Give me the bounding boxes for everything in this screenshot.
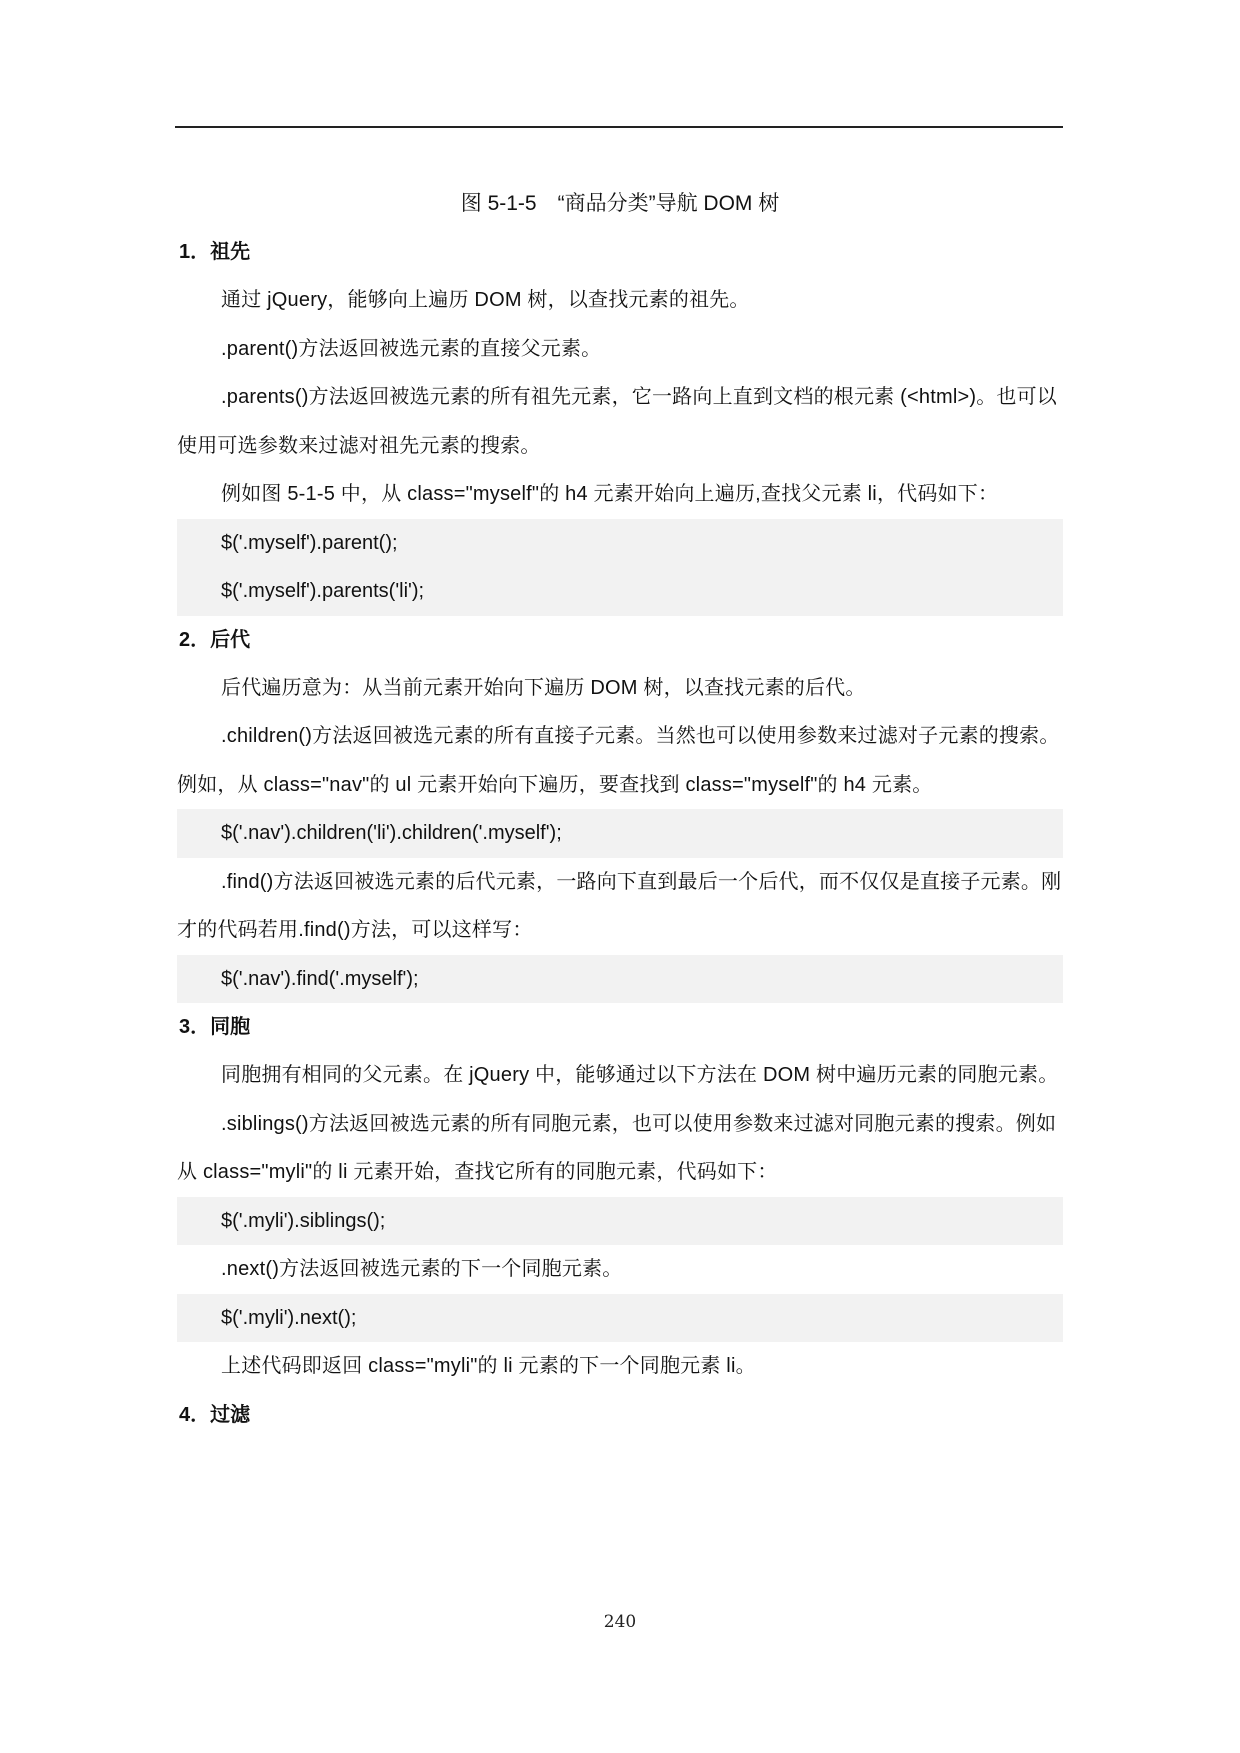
page-content: 图 5-1-5 “商品分类”导航 DOM 树 1．祖先 通过 jQuery，能够… (177, 180, 1063, 1439)
code-line: $('.nav').find('.myself'); (221, 955, 1063, 1004)
section-heading-filtering: 4．过滤 (177, 1391, 1063, 1439)
paragraph: 同胞拥有相同的父元素。在 jQuery 中，能够通过以下方法在 DOM 树中遍历… (177, 1051, 1063, 1100)
code-line: $('.nav').children('li').children('.myse… (221, 809, 1063, 858)
section-heading-siblings: 3．同胞 (177, 1003, 1063, 1051)
code-block: $('.myli').siblings(); (177, 1197, 1063, 1246)
paragraph: 例如图 5-1-5 中，从 class="myself"的 h4 元素开始向上遍… (177, 470, 1063, 519)
code-block: $('.myself').parent(); $('.myself').pare… (177, 519, 1063, 616)
paragraph: .siblings()方法返回被选元素的所有同胞元素，也可以使用参数来过滤对同胞… (177, 1100, 1063, 1197)
header-rule (175, 126, 1063, 128)
code-line: $('.myli').siblings(); (221, 1197, 1063, 1246)
paragraph: .children()方法返回被选元素的所有直接子元素。当然也可以使用参数来过滤… (177, 712, 1063, 809)
figure-caption: 图 5-1-5 “商品分类”导航 DOM 树 (177, 180, 1063, 228)
code-block: $('.nav').children('li').children('.myse… (177, 809, 1063, 858)
code-line: $('.myself').parents('li'); (221, 567, 1063, 616)
paragraph: 通过 jQuery，能够向上遍历 DOM 树，以查找元素的祖先。 (177, 276, 1063, 325)
paragraph: 后代遍历意为：从当前元素开始向下遍历 DOM 树，以查找元素的后代。 (177, 664, 1063, 713)
code-block: $('.nav').find('.myself'); (177, 955, 1063, 1004)
section-heading-ancestors: 1．祖先 (177, 228, 1063, 276)
paragraph: .find()方法返回被选元素的后代元素，一路向下直到最后一个后代，而不仅仅是直… (177, 858, 1063, 955)
code-line: $('.myli').next(); (221, 1294, 1063, 1343)
section-heading-descendants: 2．后代 (177, 616, 1063, 664)
page-number: 240 (0, 1612, 1240, 1632)
paragraph: .next()方法返回被选元素的下一个同胞元素。 (177, 1245, 1063, 1294)
paragraph: 上述代码即返回 class="myli"的 li 元素的下一个同胞元素 li。 (177, 1342, 1063, 1391)
paragraph: .parents()方法返回被选元素的所有祖先元素，它一路向上直到文档的根元素 … (177, 373, 1063, 470)
code-line: $('.myself').parent(); (221, 519, 1063, 568)
code-block: $('.myli').next(); (177, 1294, 1063, 1343)
paragraph: .parent()方法返回被选元素的直接父元素。 (177, 325, 1063, 374)
